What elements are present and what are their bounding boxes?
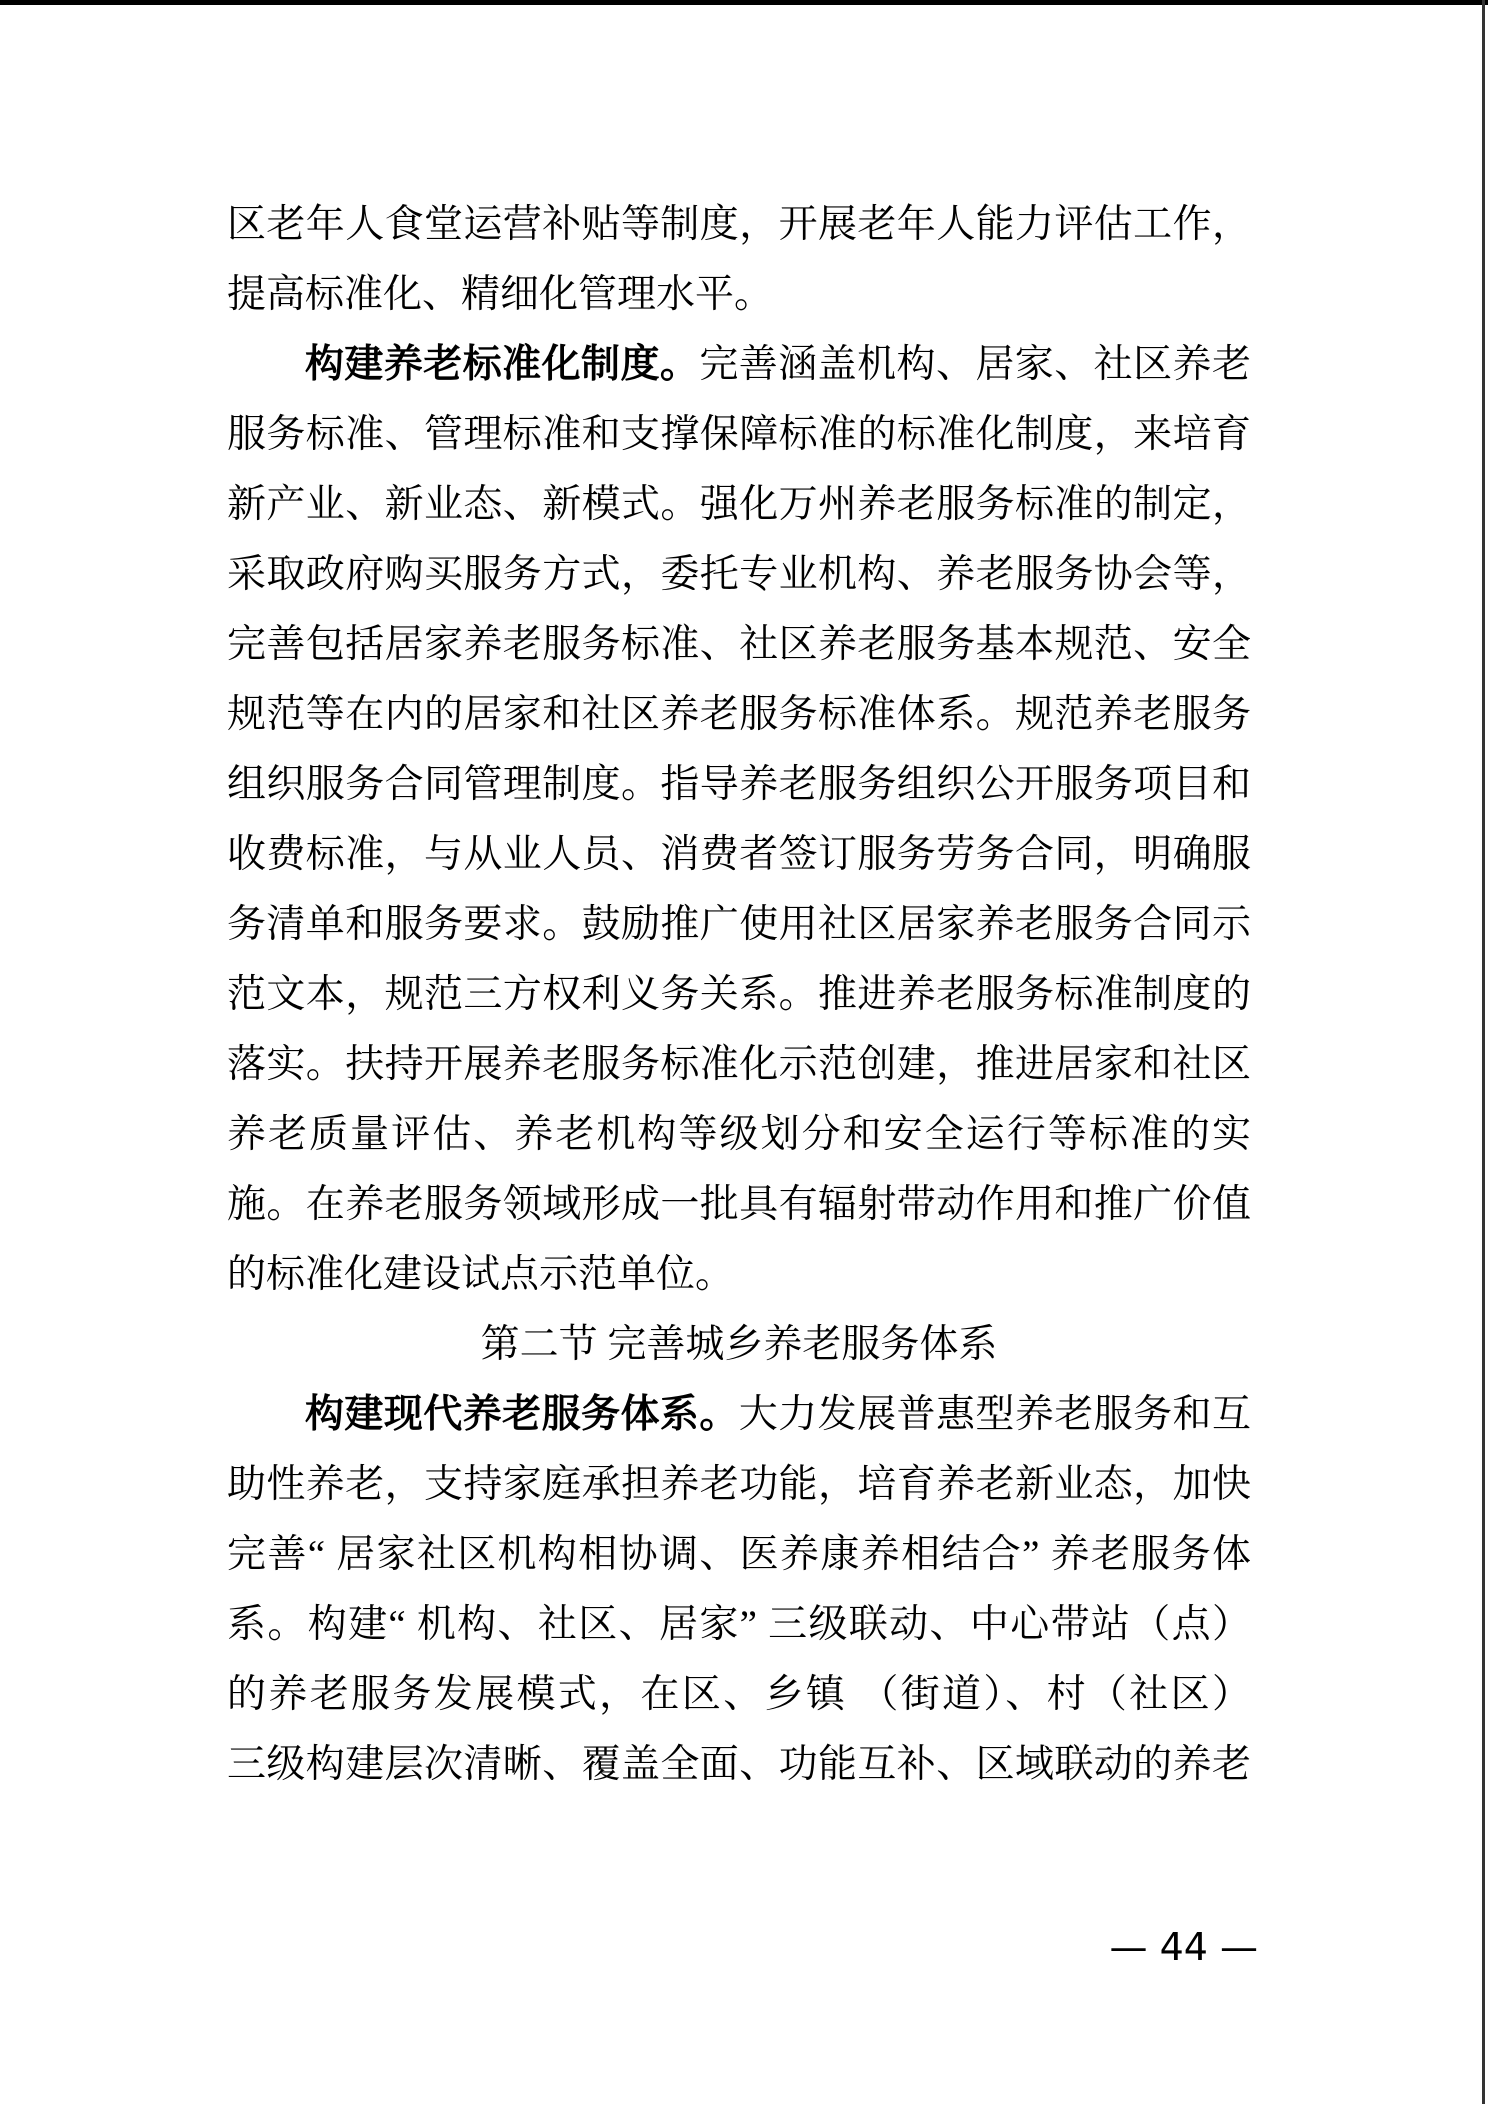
body-line: 落实。扶持开展养老服务标准化示范创建，推进居家和社区 <box>227 1030 1251 1100</box>
body-line: 采取政府购买服务方式，委托专业机构、养老服务协会等， <box>227 540 1251 610</box>
body-line-text: 完善涵盖机构、居家、社区养老 <box>699 343 1251 386</box>
body-line: 助性养老，支持家庭承担养老功能，培育养老新业态，加快 <box>227 1450 1251 1520</box>
body-line: 务清单和服务要求。鼓励推广使用社区居家养老服务合同示 <box>227 890 1251 960</box>
document-body: 区老年人食堂运营补贴等制度，开展老年人能力评估工作， 提高标准化、精细化管理水平… <box>227 190 1251 1800</box>
body-line: 新产业、新业态、新模式。强化万州养老服务标准的制定， <box>227 470 1251 540</box>
scan-right-edge <box>1482 0 1485 2104</box>
body-line: 完善包括居家养老服务标准、社区养老服务基本规范、安全 <box>227 610 1251 680</box>
body-line: 提高标准化、精细化管理水平。 <box>227 260 1251 330</box>
bold-lead-in: 构建养老标准化制度。 <box>305 343 699 386</box>
section-heading: 第二节 完善城乡养老服务体系 <box>227 1310 1251 1380</box>
body-line-text: 大力发展普惠型养老服务和互 <box>739 1393 1251 1436</box>
bold-lead-in: 构建现代养老服务体系。 <box>305 1393 739 1436</box>
body-line: 构建养老标准化制度。完善涵盖机构、居家、社区养老 <box>227 330 1251 400</box>
body-line: 范文本，规范三方权利义务关系。推进养老服务标准制度的 <box>227 960 1251 1030</box>
body-line: 规范等在内的居家和社区养老服务标准体系。规范养老服务 <box>227 680 1251 750</box>
body-line: 的标准化建设试点示范单位。 <box>227 1240 1251 1310</box>
body-line: 施。在养老服务领域形成一批具有辐射带动作用和推广价值 <box>227 1170 1251 1240</box>
document-page: 区老年人食堂运营补贴等制度，开展老年人能力评估工作， 提高标准化、精细化管理水平… <box>0 0 1488 2104</box>
body-line: 组织服务合同管理制度。指导养老服务组织公开服务项目和 <box>227 750 1251 820</box>
body-line: 的养老服务发展模式，在区、乡镇 （街道）、村（社区） <box>227 1660 1251 1730</box>
scan-top-edge <box>0 0 1488 5</box>
body-line: 完善“ 居家社区机构相协调、医养康养相结合” 养老服务体 <box>227 1520 1251 1590</box>
body-line: 构建现代养老服务体系。大力发展普惠型养老服务和互 <box>227 1380 1251 1450</box>
body-line: 三级构建层次清晰、覆盖全面、功能互补、区域联动的养老 <box>227 1730 1251 1800</box>
page-number: — 44 — <box>1109 1922 1258 1972</box>
body-line: 养老质量评估、养老机构等级划分和安全运行等标准的实 <box>227 1100 1251 1170</box>
body-line: 区老年人食堂运营补贴等制度，开展老年人能力评估工作， <box>227 190 1251 260</box>
body-line: 收费标准，与从业人员、消费者签订服务劳务合同，明确服 <box>227 820 1251 890</box>
body-line: 服务标准、管理标准和支撑保障标准的标准化制度，来培育 <box>227 400 1251 470</box>
body-line: 系。构建“ 机构、社区、居家” 三级联动、中心带站（点） <box>227 1590 1251 1660</box>
